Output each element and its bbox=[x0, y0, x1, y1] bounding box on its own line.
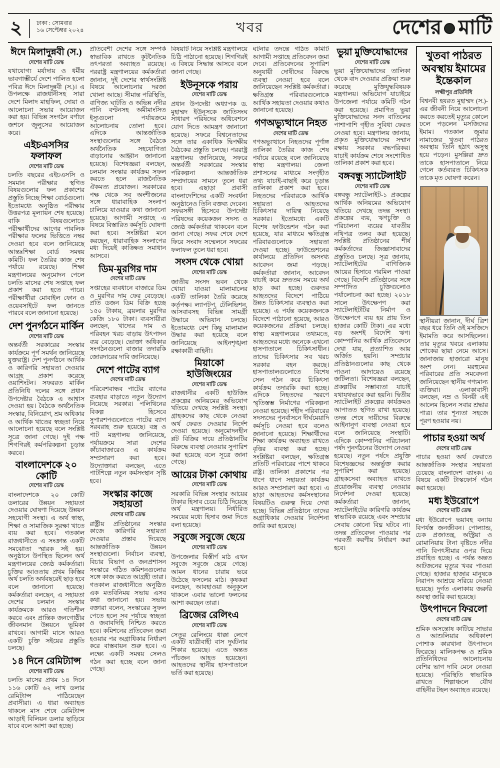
article-body: শ্রমিক অসন্তোষ কাটিয়ে সাভার ও আশুলিয়ার… bbox=[416, 626, 493, 695]
article-body: অন্তর্বর্তী সরকারের সংস্কার কার্যক্রমে প… bbox=[8, 342, 85, 457]
article-byline: দেশের মাটি ডেস্ক bbox=[8, 164, 85, 171]
dateline: ঢাকা : সোমবার ১৬ সেপ্টেম্বর ২০২৪ bbox=[30, 21, 84, 36]
article-headline: ইউনূসকে পরায় bbox=[171, 81, 248, 92]
article-body: প্রতিবেশী দেশের সঙ্গে সম্পর্ক স্বাভাবিক … bbox=[90, 46, 167, 261]
article-byline: দেশের মাটি ডেস্ক bbox=[90, 512, 167, 519]
article-headline: উৎপাদনে ফিরলো bbox=[416, 605, 493, 616]
news-article: দেশে পাটের ব্যাগদেশের মাটি ডেস্কপরিবেশবা… bbox=[90, 366, 167, 486]
news-column-6: খুতবা পাঠরত অবস্থায় ইমামের ইন্তেকাললক্ষ… bbox=[416, 46, 493, 765]
article-body: সপ্তাহের ব্যবধানে বাজারে ডিম ও মুরগির দা… bbox=[90, 285, 167, 362]
news-article: দেশ পুনর্গঠনে মার্কিনদেশের মাটি ডেস্কঅন্… bbox=[8, 322, 85, 457]
article-headline: সংস্কার কাজে সহায়তা bbox=[90, 490, 167, 511]
article-byline: দেশের মাটি ডেস্ক bbox=[334, 184, 411, 191]
news-article: ভুয়া মুক্তিযোদ্ধাদেরদেশের মাটি ডেস্কভুয… bbox=[334, 48, 411, 168]
news-article: বাংলাদেশকে ২০ কোটিদেশের মাটি ডেস্কবাংলাদ… bbox=[8, 461, 85, 653]
section-title: খবর bbox=[236, 16, 264, 40]
article-body: বিষয়টি নিয়ে সংশ্লিষ্ট মন্ত্রণালয়ে চিঠ… bbox=[171, 46, 248, 77]
imam-photo bbox=[420, 186, 489, 316]
article-body: উপজেলার বিস্তীর্ণ মাঠ এখন সবুজে সবুজে ছে… bbox=[171, 554, 248, 608]
article-byline: দেশের মাটি ডেস্ক bbox=[171, 270, 248, 277]
news-column-1: ঈদে মিলাদুন্নবী (স.)দেশের মাটি ডেস্কযথায… bbox=[8, 46, 85, 765]
news-column-5: ভুয়া মুক্তিযোদ্ধাদেরদেশের মাটি ডেস্কভুয… bbox=[334, 46, 411, 765]
article-headline: বাংলাদেশকে ২০ কোটি bbox=[8, 461, 85, 482]
article-headline: সবুজে সবুজে ছেয়ে bbox=[171, 533, 248, 544]
article-byline: দেশের মাটি ডেস্ক bbox=[8, 334, 85, 341]
article-body: বিশ্বনবী হযরত মুহাম্মদ (স.)-এর জীবনী নিয… bbox=[420, 98, 489, 182]
news-article: পাচার হওয়া অর্থদেশের মাটি ডেস্কপাচার হও… bbox=[416, 434, 493, 493]
page-number: ২ bbox=[8, 19, 30, 38]
page-header: ২ ঢাকা : সোমবার ১৬ সেপ্টেম্বর ২০২৪ খবর দ… bbox=[8, 13, 492, 43]
article-byline: দেশের মাটি ডেস্ক bbox=[416, 446, 493, 453]
article-byline: দেশের মাটি ডেস্ক bbox=[171, 545, 248, 552]
news-article: ইউনূসকে পরায়দেশের মাটি ডেস্কপ্রধান উপদে… bbox=[171, 81, 248, 255]
article-headline: খুতবা পাঠরত অবস্থায় ইমামের ইন্তেকাল bbox=[420, 51, 489, 89]
article-body: গণঅভ্যুত্থানে নিহতদের পূর্ণাঙ্গ তালিকা ত… bbox=[253, 139, 330, 530]
news-article: ১৪ দিনে রেমিট্যান্সদেশের মাটি ডেস্কচলতি … bbox=[8, 657, 85, 731]
news-article: প্রতিবেশী দেশের সঙ্গে সম্পর্ক স্বাভাবিক … bbox=[90, 46, 167, 261]
article-body: বাংলাদেশকে ২০ কোটি ডলারের উন্নয়ন সহায়ত… bbox=[8, 492, 85, 653]
article-headline: দেশে পাটের ব্যাগ bbox=[90, 366, 167, 377]
article-body: যথাযোগ্য মর্যাদায় ও ধর্মীয় ভাবগাম্ভীর্… bbox=[8, 68, 85, 137]
article-byline: দেশের মাটি ডেস্ক bbox=[8, 60, 85, 67]
article-body: বঙ্গবন্ধু স্যাটেলাইট-১ প্রকল্পের আর্থিক … bbox=[334, 192, 411, 553]
news-article: সবুজে সবুজে ছেয়েদেশের মাটি ডেস্কউপজেলার… bbox=[171, 533, 248, 607]
article-body: পাচার হওয়া অর্থ ফেরাতে আন্তর্জাতিক সংস্… bbox=[416, 454, 493, 492]
news-article: মধ্য ইউরোপেদেশের মাটি ডেস্কমধ্য ইউরোপে ভ… bbox=[416, 497, 493, 602]
article-byline: দেশের মাটি ডেস্ক bbox=[253, 131, 330, 138]
news-article: মিয়াকো হাউজিংয়েরদেশের মাটি ডেস্করাজধান… bbox=[171, 359, 248, 467]
article-byline: দেশের মাটি ডেস্ক bbox=[171, 92, 248, 99]
masthead-word-1: দেশের bbox=[392, 18, 442, 38]
article-headline: ডিম-মুরগির দাম bbox=[90, 265, 167, 276]
article-byline: দেশের মাটি ডেস্ক bbox=[90, 276, 167, 283]
article-body: চলতি বছরের এইচএসসি ও সমমান পরীক্ষার স্থগ… bbox=[8, 172, 85, 318]
news-article: ঘটনার তদন্তে গঠিত কমিটি আগামী সপ্তাহে প্… bbox=[253, 46, 330, 115]
news-article: আয়ের টাকা কোথায়দেশের মাটি ডেস্কসরকারি … bbox=[171, 471, 248, 530]
article-headline: দেশ পুনর্গঠনে মার্কিন bbox=[8, 322, 85, 333]
news-article: বঙ্গবন্ধু স্যাটেলাইটদেশের মাটি ডেস্কবঙ্গ… bbox=[334, 172, 411, 553]
article-body: প্রধান উপদেষ্টা অধ্যাপক ড. মুহাম্মদ ইউনূ… bbox=[171, 101, 248, 254]
article-byline: দেশের মাটি ডেস্ক bbox=[416, 508, 493, 515]
article-headline: মিয়াকো হাউজিংয়ের bbox=[171, 359, 248, 380]
article-body: চলতি মাসের প্রথম ১৪ দিনে ১১৬ কোটি ৬২ লাখ… bbox=[8, 677, 85, 731]
article-body: ভুয়া মুক্তিযোদ্ধাদের তালিকা থেকে বাদ দে… bbox=[334, 68, 411, 168]
news-article: ব্রিজের রেলিংএদেশের মাটি ডেস্কসেতুর রেলি… bbox=[171, 611, 248, 677]
news-column-3: বিষয়টি নিয়ে সংশ্লিষ্ট মন্ত্রণালয়ে চিঠ… bbox=[171, 46, 248, 765]
article-headline: সংসদ থেকে খোয়া bbox=[171, 258, 248, 269]
article-body: পরিবেশবান্ধব পাটের ব্যাগের ব্যবহার বাড়া… bbox=[90, 386, 167, 486]
masthead: দেশের মাটি bbox=[392, 18, 492, 38]
article-byline: দেশের মাটি ডেস্ক bbox=[416, 617, 493, 624]
article-body: সেতুর রেলিংয়ে ধাক্কা লেগে একটি যাত্রীবা… bbox=[171, 632, 248, 678]
article-headline: বঙ্গবন্ধু স্যাটেলাইট bbox=[334, 172, 411, 183]
article-body: সরকারি বিভিন্ন সংস্থার আয়ের টাকার হিসাব… bbox=[171, 491, 248, 529]
news-column-4: ঘটনার তদন্তে গঠিত কমিটি আগামী সপ্তাহে প্… bbox=[253, 46, 330, 765]
article-byline: দেশের মাটি ডেস্ক bbox=[334, 60, 411, 67]
article-byline: লক্ষ্মীপুর প্রতিনিধি bbox=[420, 90, 489, 97]
article-headline: ভুয়া মুক্তিযোদ্ধাদের bbox=[334, 48, 411, 59]
news-columns: ঈদে মিলাদুন্নবী (স.)দেশের মাটি ডেস্কযথায… bbox=[8, 46, 492, 765]
article-byline: দেশের মাটি ডেস্ক bbox=[171, 623, 248, 630]
newspaper-page: ২ ঢাকা : সোমবার ১৬ সেপ্টেম্বর ২০২৪ খবর দ… bbox=[0, 0, 500, 768]
article-body: রাষ্ট্রীয় প্রতিষ্ঠানের সংস্কার কাজে কার… bbox=[90, 521, 167, 674]
article-body-continued: স্থানীয়রা জানান, দীর্ঘ ত্রিশ বছর ধরে তি… bbox=[420, 318, 489, 425]
article-byline: দেশের মাটি ডেস্ক bbox=[171, 382, 248, 389]
article-headline: মধ্য ইউরোপে bbox=[416, 497, 493, 508]
article-headline: ১৪ দিনে রেমিট্যান্স bbox=[8, 657, 85, 668]
article-headline: গণঅভ্যুত্থানে নিহত bbox=[253, 119, 330, 130]
article-headline: এইচএসসির ফলাফল bbox=[8, 141, 85, 162]
news-article: এইচএসসির ফলাফলদেশের মাটি ডেস্কচলতি বছরের… bbox=[8, 141, 85, 318]
article-headline: পাচার হওয়া অর্থ bbox=[416, 434, 493, 445]
article-body: রাজধানীর একটি হাউজিং প্রকল্পের অনিয়মের … bbox=[171, 390, 248, 467]
imam-cap-shape bbox=[454, 226, 471, 233]
news-article: ডিম-মুরগির দামদেশের মাটি ডেস্কসপ্তাহের ব… bbox=[90, 265, 167, 362]
dateline-date: ১৬ সেপ্টেম্বর ২০২৪ bbox=[36, 28, 84, 36]
news-article: উৎপাদনে ফিরলোদেশের মাটি ডেস্কশ্রমিক অসন্… bbox=[416, 605, 493, 694]
news-article: সংস্কার কাজে সহায়তাদেশের মাটি ডেস্করাষ্… bbox=[90, 490, 167, 674]
article-byline: দেশের মাটি ডেস্ক bbox=[8, 669, 85, 676]
news-column-2: প্রতিবেশী দেশের সঙ্গে সম্পর্ক স্বাভাবিক … bbox=[90, 46, 167, 765]
masthead-word-2: মাটি bbox=[458, 18, 492, 38]
article-body: মধ্য ইউরোপে ভয়াবহ বন্যায় বিপর্যস্ত জনজ… bbox=[416, 517, 493, 601]
article-byline: দেশের মাটি ডেস্ক bbox=[90, 377, 167, 384]
news-article: ঈদে মিলাদুন্নবী (স.)দেশের মাটি ডেস্কযথায… bbox=[8, 48, 85, 137]
dateline-city-day: ঢাকা : সোমবার bbox=[36, 21, 84, 29]
news-article: বিষয়টি নিয়ে সংশ্লিষ্ট মন্ত্রণালয়ে চিঠ… bbox=[171, 46, 248, 77]
article-body: ঘটনার তদন্তে গঠিত কমিটি আগামী সপ্তাহে প্… bbox=[253, 46, 330, 115]
article-headline: ঈদে মিলাদুন্নবী (স.) bbox=[8, 48, 85, 59]
article-headline: ব্রিজের রেলিংএ bbox=[171, 611, 248, 622]
masthead-logo-icon bbox=[444, 23, 455, 34]
boxed-news-article: খুতবা পাঠরত অবস্থায় ইমামের ইন্তেকাললক্ষ… bbox=[416, 46, 493, 430]
article-body: জাতীয় সংসদ ভবন থেকে খোয়া যাওয়া মালামা… bbox=[171, 279, 248, 356]
news-article: সংসদ থেকে খোয়াদেশের মাটি ডেস্কজাতীয় সং… bbox=[171, 258, 248, 355]
article-byline: দেশের মাটি ডেস্ক bbox=[8, 483, 85, 490]
article-byline: দেশের মাটি ডেস্ক bbox=[171, 482, 248, 489]
news-article: গণঅভ্যুত্থানে নিহতদেশের মাটি ডেস্কগণঅভ্য… bbox=[253, 119, 330, 530]
article-headline: আয়ের টাকা কোথায় bbox=[171, 471, 248, 482]
